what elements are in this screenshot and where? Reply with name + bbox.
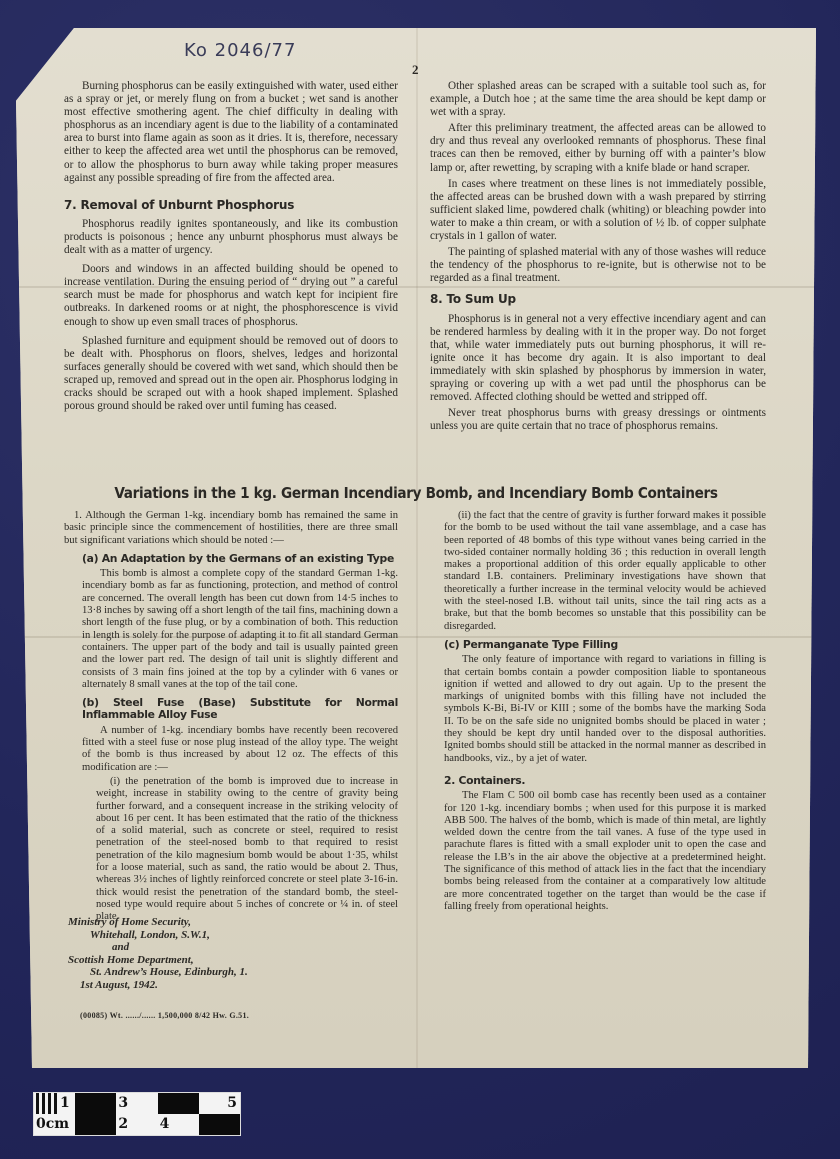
scale-label: 2 <box>118 1116 128 1132</box>
scale-cell: 2 <box>116 1114 157 1135</box>
containers-heading: 2. Containers. <box>444 775 766 787</box>
signature-line: and <box>68 941 248 954</box>
document-page: Ko 2046/77 2 Burning phosphorus can be e… <box>16 28 816 1068</box>
intro-paragraph: Burning phosphorus can be easily extingu… <box>64 80 398 185</box>
handwritten-reference: Ko 2046/77 <box>184 40 296 61</box>
scale-label: 4 <box>160 1116 170 1132</box>
signature-line: Ministry of Home Security, <box>68 916 248 929</box>
section-7-paragraph: Splashed furniture and equipment should … <box>64 335 398 414</box>
subsection-b-point-ii: (ii) the fact that the centre of gravity… <box>444 510 766 633</box>
scale-cell <box>158 1093 199 1114</box>
scale-cell <box>75 1114 116 1135</box>
signature-date: 1st August, 1942. <box>68 979 248 992</box>
scale-cell <box>75 1093 116 1114</box>
scale-cell: 0cm <box>34 1114 75 1135</box>
scale-cell <box>199 1114 240 1135</box>
scale-label: 0cm <box>36 1116 69 1132</box>
scale-cell: 4 <box>158 1114 199 1135</box>
subsection-b-text: A number of 1-kg. incendiary bombs have … <box>82 725 398 774</box>
subsection-b-point-i: (i) the penetration of the bomb is impro… <box>96 776 398 924</box>
paragraph: Other splashed areas can be scraped with… <box>430 80 766 119</box>
signature-line: St. Andrew’s House, Edinburgh, 1. <box>68 966 248 979</box>
scale-label: 1 <box>60 1095 70 1111</box>
paragraph: After this preliminary treatment, the af… <box>430 122 766 174</box>
subsection-c-text: The only feature of importance with rega… <box>444 654 766 765</box>
paragraph: The painting of splashed material with a… <box>430 246 766 285</box>
containers-text: The Flam C 500 oil bomb case has recentl… <box>444 790 766 913</box>
subsection-c-heading: (c) Permanganate Type Filling <box>444 639 766 651</box>
signature-line: Scottish Home Department, <box>68 954 248 967</box>
section-8-paragraph: Phosphorus is in general not a very effe… <box>430 313 766 405</box>
subsection-a-text: This bomb is almost a complete copy of t… <box>82 568 398 691</box>
variations-intro: 1. Although the German 1-kg. incendiary … <box>64 510 398 547</box>
scale-cell: 1 <box>34 1093 75 1114</box>
scale-label: 5 <box>227 1095 237 1111</box>
subsection-b-heading: (b) Steel Fuse (Base) Substitute for Nor… <box>82 697 398 722</box>
left-bottom-column: 1. Although the German 1-kg. incendiary … <box>64 510 398 930</box>
subsection-a-heading: (a) An Adaptation by the Germans of an e… <box>82 553 398 565</box>
right-top-column: Other splashed areas can be scraped with… <box>430 80 766 439</box>
section-7-heading: 7. Removal of Unburnt Phosphorus <box>64 199 398 212</box>
main-title: Variations in the 1 kg. German Incendiar… <box>64 484 768 502</box>
scale-bar: 1 3 5 0cm 2 4 <box>33 1092 241 1136</box>
section-7-paragraph: Phosphorus readily ignites spontaneously… <box>64 218 398 257</box>
left-top-column: Burning phosphorus can be easily extingu… <box>64 80 398 419</box>
signature-block: Ministry of Home Security, Whitehall, Lo… <box>68 916 248 991</box>
fold-line <box>416 28 418 1068</box>
scale-cell: 5 <box>199 1093 240 1114</box>
scale-ticks <box>36 1093 57 1114</box>
section-7-paragraph: Doors and windows in an affected buildin… <box>64 263 398 328</box>
right-bottom-column: (ii) the fact that the centre of gravity… <box>444 510 766 919</box>
paragraph: In cases where treatment on these lines … <box>430 178 766 243</box>
scale-cell: 3 <box>116 1093 157 1114</box>
section-8-paragraph: Never treat phosphorus burns with greasy… <box>430 407 766 433</box>
page-number: 2 <box>412 62 419 78</box>
scale-label: 3 <box>118 1095 128 1111</box>
signature-line: Whitehall, London, S.W.1, <box>68 929 248 942</box>
section-8-heading: 8. To Sum Up <box>430 293 766 306</box>
print-code: (00085) Wt. ....../...... 1,500,000 8/42… <box>80 1011 249 1020</box>
